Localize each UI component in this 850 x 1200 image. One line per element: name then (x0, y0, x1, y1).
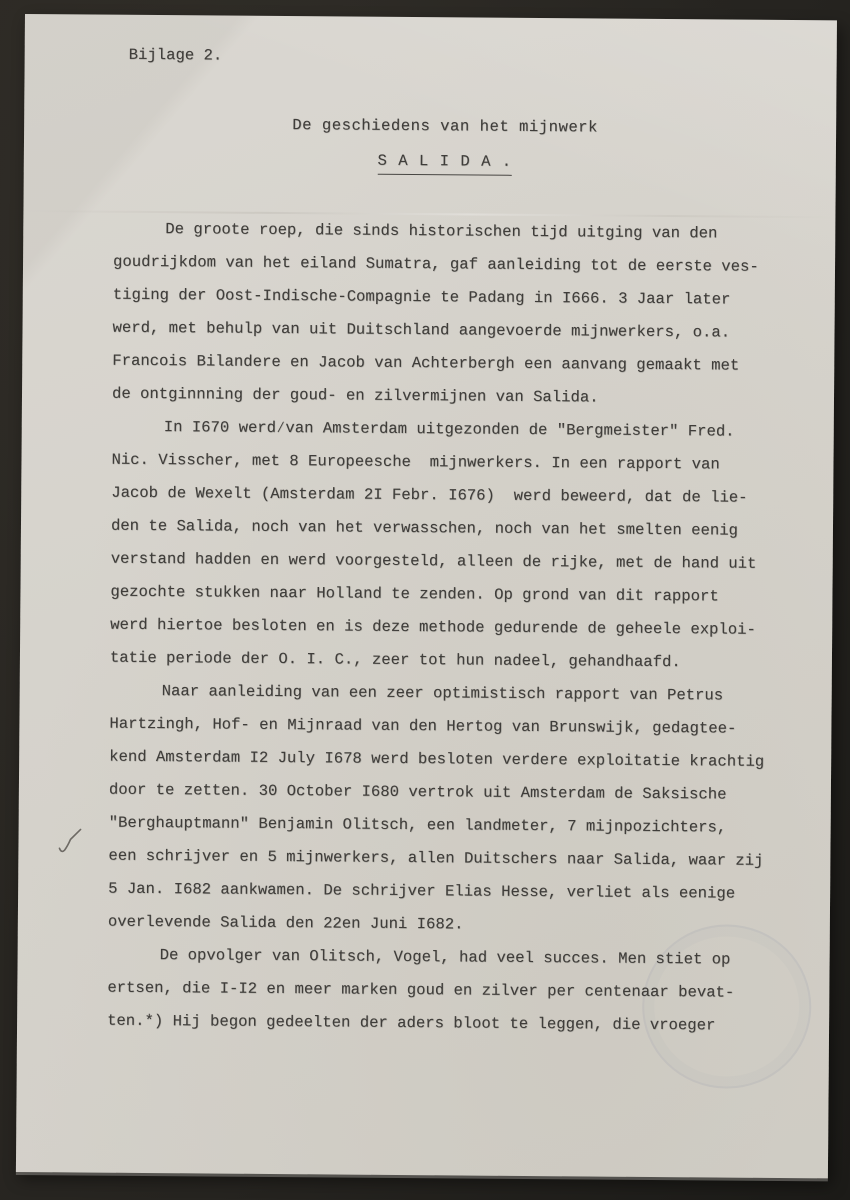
text-line: door te zetten. 30 October I680 vertrok … (109, 774, 771, 812)
text-line: goudrijkdom van het eiland Sumatra, gaf … (113, 246, 775, 284)
annotation-bijlage: Bijlage 2. (129, 45, 777, 70)
document-subtitle: S A L I D A . (377, 150, 512, 176)
document-title: De geschiedens van het mijnwerk (114, 114, 776, 139)
text-line: kend Amsterdam I2 July I678 werd beslote… (109, 741, 771, 779)
text-line: werd, met behulp van uit Duitschland aan… (112, 312, 774, 350)
text-line: verstand hadden en werd voorgesteld, all… (111, 543, 773, 581)
text-line: tiging der Oost-Indische-Compagnie te Pa… (113, 279, 775, 317)
text-line: gezochte stukken naar Holland te zenden.… (110, 576, 772, 614)
text-line: tatie periode der O. I. C., zeer tot hun… (110, 642, 772, 680)
text-line: Nic. Visscher, met 8 Europeesche mijnwer… (111, 444, 773, 482)
text-line: Naar aanleiding van een zeer optimistisc… (110, 675, 772, 713)
text-line: een schrijver en 5 mijnwerkers, allen Du… (108, 840, 770, 878)
text-line: De groote roep, die sinds historischen t… (113, 213, 775, 251)
text-line: ertsen, die I-I2 en meer marken goud en … (107, 972, 769, 1010)
document-sheet: Bijlage 2. De geschiedens van het mijnwe… (16, 14, 837, 1178)
text-line: ten.*) Hij begon gedeelten der aders blo… (107, 1005, 769, 1043)
text-line: Francois Bilandere en Jacob van Achterbe… (112, 345, 774, 383)
text-line: "Berghauptmann" Benjamin Olitsch, een la… (109, 807, 771, 845)
document-body: De groote roep, die sinds historischen t… (107, 213, 775, 1043)
text-line: Hartzingh, Hof- en Mijnraad van den Hert… (109, 708, 771, 746)
text-line: de ontginnning der goud- en zilvermijnen… (112, 378, 774, 416)
text-line: Jacob de Wexelt (Amsterdam 2I Febr. I676… (111, 477, 773, 515)
typewritten-content: Bijlage 2. De geschiedens van het mijnwe… (17, 14, 837, 1043)
document-subtitle-wrap: S A L I D A . (114, 148, 776, 178)
text-line: den te Salida, noch van het verwasschen,… (111, 510, 773, 548)
text-line: De opvolger van Olitsch, Vogel, had veel… (107, 939, 769, 977)
text-line: In I670 werd⁄van Amsterdam uitgezonden d… (112, 411, 774, 449)
text-line: overlevende Salida den 22en Juni I682. (108, 906, 770, 944)
text-line: 5 Jan. I682 aankwamen. De schrijver Elia… (108, 873, 770, 911)
text-line: werd hiertoe besloten en is deze methode… (110, 609, 772, 647)
